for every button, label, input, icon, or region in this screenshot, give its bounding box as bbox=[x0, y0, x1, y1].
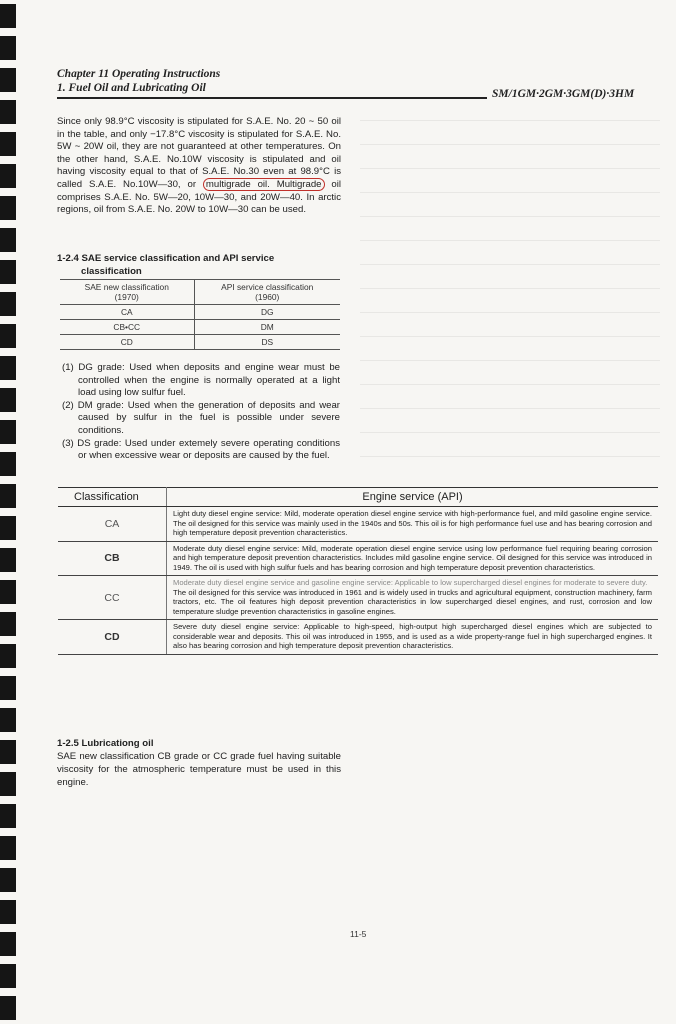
section-heading-1-2-5: 1-2.5 Lubricationg oil bbox=[57, 738, 153, 751]
binding-hole bbox=[0, 900, 16, 924]
binding-hole bbox=[0, 804, 16, 828]
binding-hole bbox=[0, 292, 16, 316]
classification-code: CC bbox=[58, 576, 167, 620]
table-row: CB•CCDM bbox=[60, 320, 340, 335]
binding-hole bbox=[0, 708, 16, 732]
binding-hole bbox=[0, 388, 16, 412]
chapter-title: Chapter 11 Operating Instructions bbox=[57, 67, 220, 81]
binding-hole bbox=[0, 772, 16, 796]
binding-hole bbox=[0, 324, 16, 348]
binding-hole bbox=[0, 228, 16, 252]
binding-hole bbox=[0, 548, 16, 572]
binding-hole bbox=[0, 868, 16, 892]
table-row: CB Moderate duty diesel engine service: … bbox=[58, 541, 658, 576]
section-heading-1-2-4: 1-2.4 SAE service classification and API… bbox=[57, 253, 347, 278]
binding-hole bbox=[0, 420, 16, 444]
lubrication-paragraph: SAE new classification CB grade or CC gr… bbox=[57, 751, 341, 789]
service-description: Severe duty diesel engine service: Appli… bbox=[167, 620, 659, 655]
service-description: Light duty diesel engine service: Mild, … bbox=[167, 507, 659, 542]
list-item: (1) DG grade: Used when deposits and eng… bbox=[62, 362, 340, 400]
classification-code: CA bbox=[58, 507, 167, 542]
sae-api-mapping-table: SAE new classification(1970) API service… bbox=[60, 279, 340, 350]
classification-code: CD bbox=[58, 620, 167, 655]
col-header-sae: SAE new classification(1970) bbox=[60, 280, 194, 305]
binding-hole bbox=[0, 676, 16, 700]
col-header-api: API service classification(1960) bbox=[194, 280, 340, 305]
binding-hole bbox=[0, 932, 16, 956]
table-row: CDDS bbox=[60, 335, 340, 350]
intro-paragraph: Since only 98.9°C viscosity is stipulate… bbox=[57, 116, 341, 217]
header-rule bbox=[57, 97, 487, 99]
bleed-through-shadow bbox=[360, 120, 660, 460]
classification-code: CB bbox=[58, 541, 167, 576]
col-header-engine-service: Engine service (API) bbox=[167, 488, 659, 507]
service-description: Moderate duty diesel engine service: Mil… bbox=[167, 541, 659, 576]
list-item: (2) DM grade: Used when the generation o… bbox=[62, 400, 340, 438]
binding-hole bbox=[0, 36, 16, 60]
binding-hole bbox=[0, 100, 16, 124]
binding-hole bbox=[0, 516, 16, 540]
col-header-classification: Classification bbox=[58, 488, 167, 507]
binding-hole bbox=[0, 836, 16, 860]
binding-hole bbox=[0, 4, 16, 28]
binding-hole bbox=[0, 996, 16, 1020]
chapter-header: Chapter 11 Operating Instructions 1. Fue… bbox=[57, 67, 220, 95]
section-title: 1. Fuel Oil and Lubricating Oil bbox=[57, 81, 220, 95]
binding-hole bbox=[0, 964, 16, 988]
spiral-binding bbox=[0, 0, 18, 1024]
binding-hole bbox=[0, 612, 16, 636]
table-row: CC Moderate duty diesel engine service a… bbox=[58, 576, 658, 620]
list-item: (3) DS grade: Used under extemely severe… bbox=[62, 438, 340, 463]
binding-hole bbox=[0, 452, 16, 476]
binding-hole bbox=[0, 196, 16, 220]
handwritten-circle-annotation: multigrade oil. Multigrade bbox=[203, 178, 325, 191]
binding-hole bbox=[0, 580, 16, 604]
table-row: CA Light duty diesel engine service: Mil… bbox=[58, 507, 658, 542]
binding-hole bbox=[0, 68, 16, 92]
binding-hole bbox=[0, 260, 16, 284]
binding-hole bbox=[0, 484, 16, 508]
binding-hole bbox=[0, 644, 16, 668]
grade-descriptions: (1) DG grade: Used when deposits and eng… bbox=[62, 362, 340, 463]
page-number: 11-5 bbox=[350, 929, 366, 939]
binding-hole bbox=[0, 740, 16, 764]
table-row: CADG bbox=[60, 305, 340, 320]
model-list: SM/1GM·2GM·3GM(D)·3HM bbox=[492, 88, 634, 100]
service-description: Moderate duty diesel engine service and … bbox=[167, 576, 659, 620]
binding-hole bbox=[0, 132, 16, 156]
table-row: CD Severe duty diesel engine service: Ap… bbox=[58, 620, 658, 655]
binding-hole bbox=[0, 356, 16, 380]
api-engine-service-table: Classification Engine service (API) CA L… bbox=[58, 487, 658, 655]
binding-hole bbox=[0, 164, 16, 188]
